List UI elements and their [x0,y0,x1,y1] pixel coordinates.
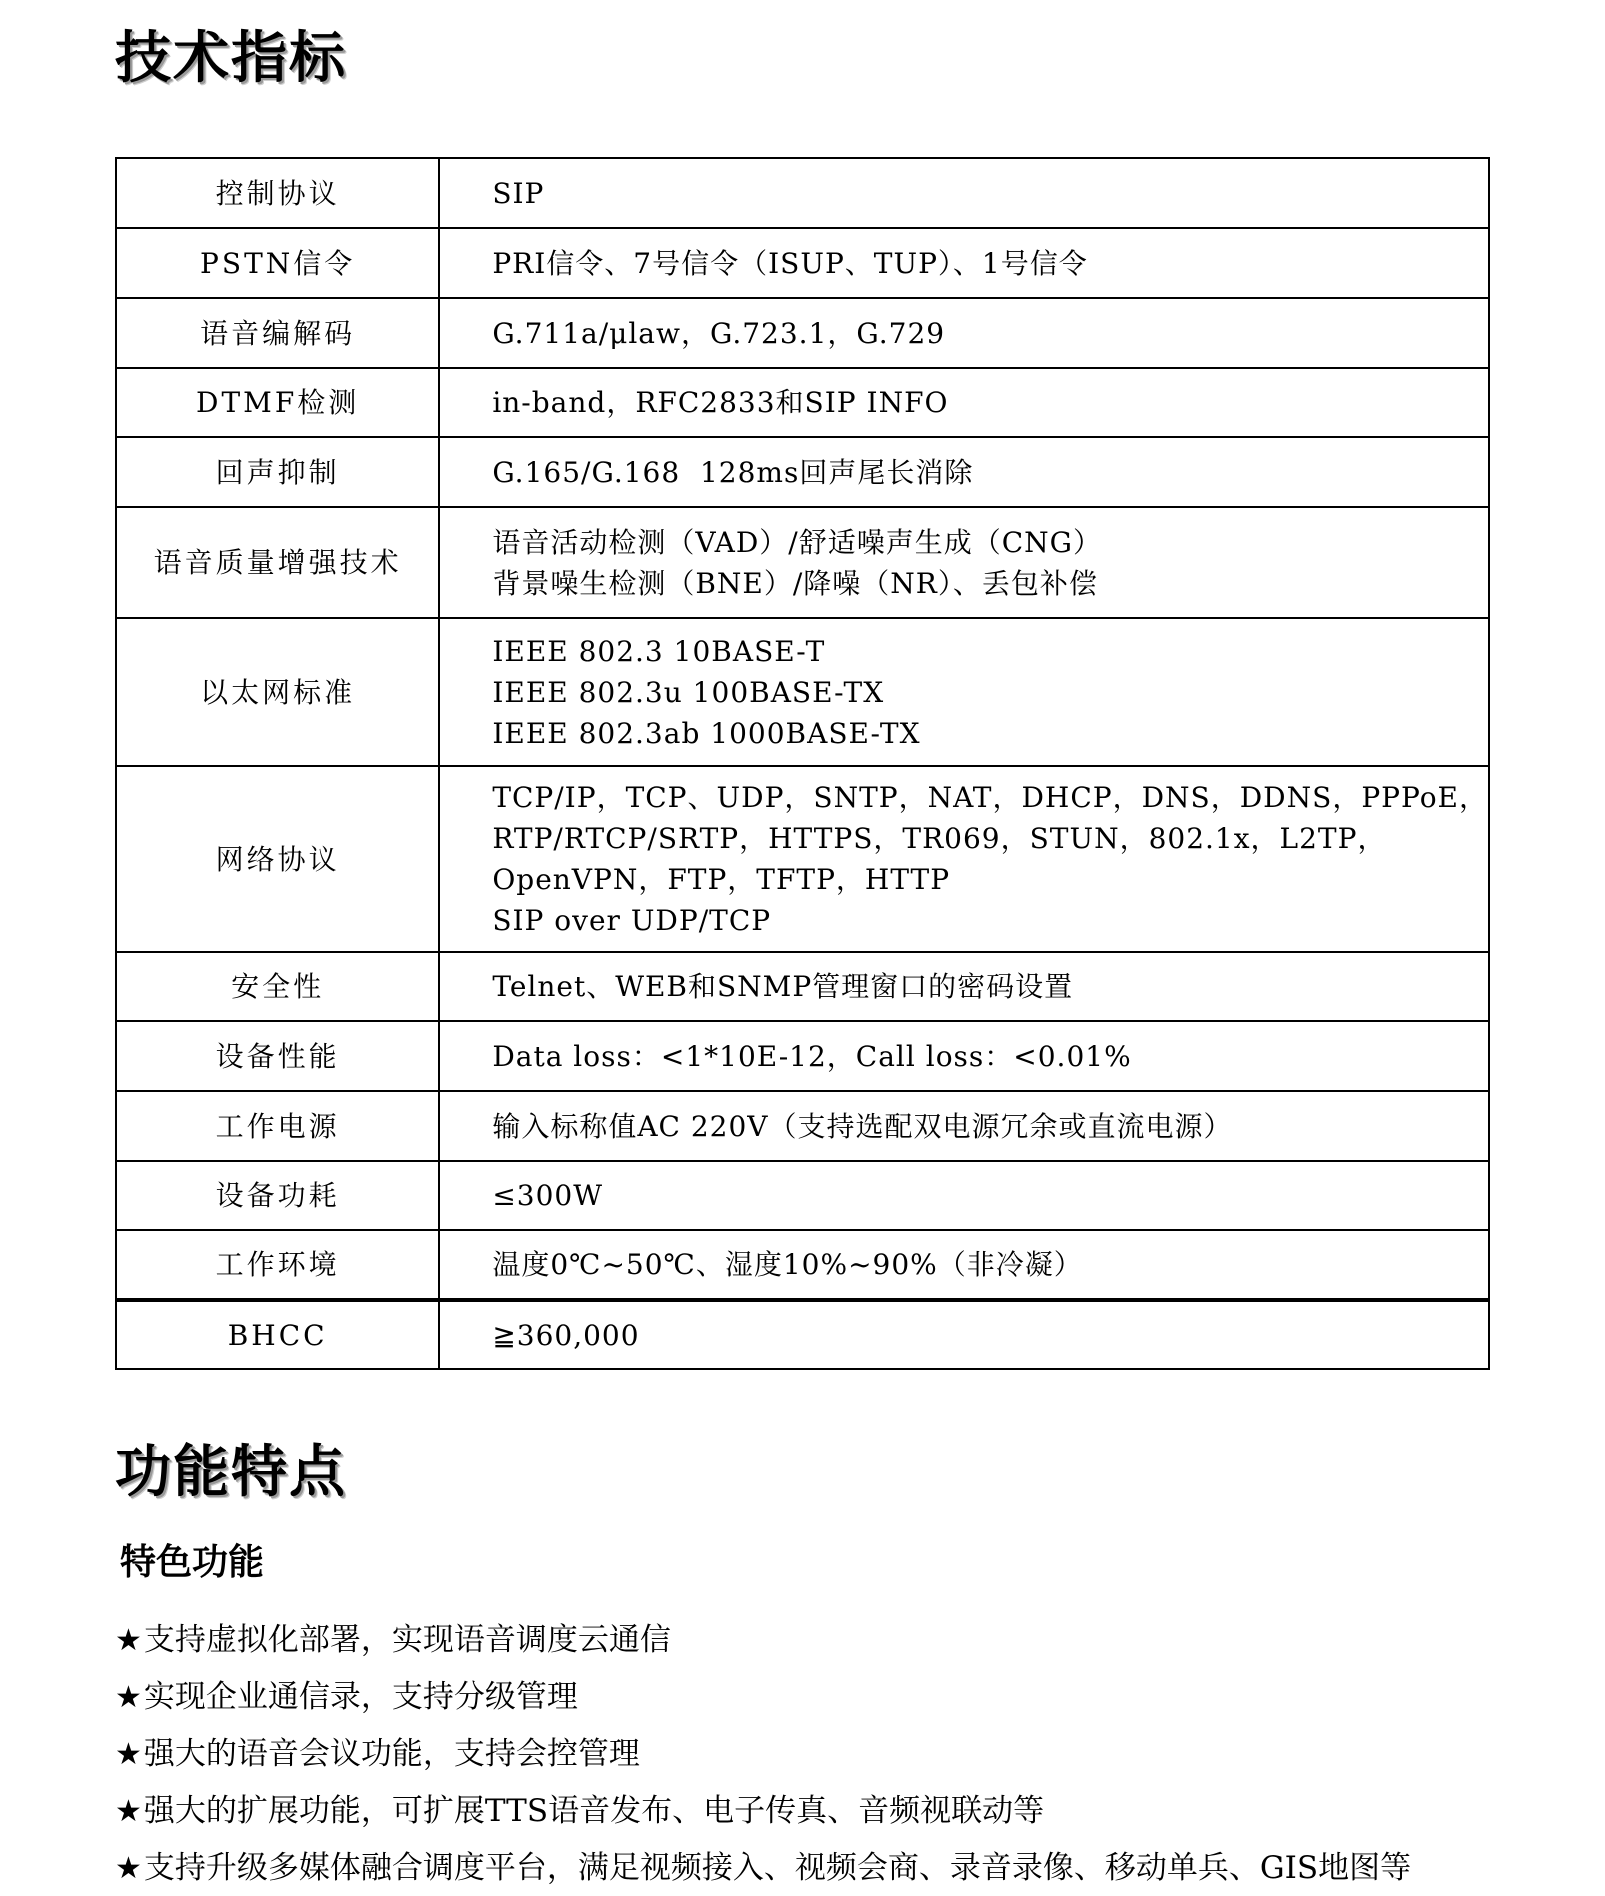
spec-value-line: 温度0℃~50℃、湿度10%~90%（非冷凝） [492,1244,1488,1285]
spec-value-line: SIP [492,173,1488,214]
table-row: 工作电源输入标称值AC 220V（支持选配双电源冗余或直流电源） [116,1091,1489,1161]
spec-value-line: ≧360,000 [492,1315,1488,1356]
table-row: 回声抑制G.165/G.168 128ms回声尾长消除 [116,437,1489,507]
spec-value: TCP/IP，TCP、UDP，SNTP，NAT，DHCP，DNS，DDNS，PP… [439,766,1489,952]
spec-key: 工作环境 [116,1230,439,1300]
features-subheading: 特色功能 [120,1534,264,1585]
spec-key: 网络协议 [116,766,439,952]
table-row: 设备性能Data loss：<1*10E-12，Call loss：<0.01% [116,1021,1489,1091]
spec-value-line: G.711a/μlaw，G.723.1，G.729 [492,313,1488,354]
spec-value-line: 背景噪生检测（BNE）/降噪（NR）、丢包补偿 [492,563,1488,604]
spec-value: 温度0℃~50℃、湿度10%~90%（非冷凝） [439,1230,1489,1300]
spec-value: Telnet、WEB和SNMP管理窗口的密码设置 [439,952,1489,1021]
star-icon: ★ [115,1680,142,1715]
feature-list: ★支持虚拟化部署，实现语音调度云通信★实现企业通信录，支持分级管理★强大的语音会… [115,1612,1411,1896]
list-item: ★支持升级多媒体融合调度平台，满足视频接入、视频会商、录音录像、移动单兵、GIS… [115,1840,1411,1896]
star-icon: ★ [115,1794,142,1829]
spec-value-line: TCP/IP，TCP、UDP，SNTP，NAT，DHCP，DNS，DDNS，PP… [492,777,1488,818]
spec-value-line: OpenVPN，FTP，TFTP，HTTP [492,859,1488,900]
spec-value: IEEE 802.3 10BASE-TIEEE 802.3u 100BASE-T… [439,618,1489,766]
spec-value-line: Data loss：<1*10E-12，Call loss：<0.01% [492,1036,1488,1077]
table-row: 安全性Telnet、WEB和SNMP管理窗口的密码设置 [116,952,1489,1021]
spec-value-line: PRI信令、7号信令（ISUP、TUP）、1号信令 [492,243,1488,284]
feature-text: 支持升级多媒体融合调度平台，满足视频接入、视频会商、录音录像、移动单兵、GIS地… [144,1850,1411,1886]
spec-value: ≧360,000 [439,1300,1489,1369]
spec-value: ≤300W [439,1161,1489,1230]
spec-value-line: Telnet、WEB和SNMP管理窗口的密码设置 [492,966,1488,1007]
spec-value-line: IEEE 802.3 10BASE-T [492,631,1488,672]
spec-value-line: 输入标称值AC 220V（支持选配双电源冗余或直流电源） [492,1106,1488,1147]
list-item: ★支持虚拟化部署，实现语音调度云通信 [115,1612,1411,1669]
spec-value-line: in-band，RFC2833和SIP INFO [492,382,1488,423]
spec-value: G.165/G.168 128ms回声尾长消除 [439,437,1489,507]
star-icon: ★ [115,1623,142,1658]
spec-value: G.711a/μlaw，G.723.1，G.729 [439,298,1489,368]
spec-key: DTMF检测 [116,368,439,437]
feature-text: 强大的扩展功能，可扩展TTS语音发布、电子传真、音频视联动等 [144,1793,1044,1829]
spec-value-line: IEEE 802.3ab 1000BASE-TX [492,713,1488,754]
list-item: ★强大的扩展功能，可扩展TTS语音发布、电子传真、音频视联动等 [115,1783,1411,1840]
spec-value: PRI信令、7号信令（ISUP、TUP）、1号信令 [439,228,1489,298]
spec-key: 语音质量增强技术 [116,507,439,618]
spec-value-line: IEEE 802.3u 100BASE-TX [492,672,1488,713]
table-row: 以太网标准IEEE 802.3 10BASE-TIEEE 802.3u 100B… [116,618,1489,766]
table-row: DTMF检测in-band，RFC2833和SIP INFO [116,368,1489,437]
spec-key: PSTN信令 [116,228,439,298]
spec-key: 控制协议 [116,158,439,228]
feature-text: 强大的语音会议功能，支持会控管理 [144,1736,640,1772]
spec-value-line: ≤300W [492,1175,1488,1216]
spec-table: 控制协议SIPPSTN信令PRI信令、7号信令（ISUP、TUP）、1号信令语音… [115,157,1490,1370]
spec-value-line: G.165/G.168 128ms回声尾长消除 [492,452,1488,493]
spec-key: 回声抑制 [116,437,439,507]
spec-key: 设备功耗 [116,1161,439,1230]
table-row: 工作环境温度0℃~50℃、湿度10%~90%（非冷凝） [116,1230,1489,1300]
star-icon: ★ [115,1851,142,1886]
spec-value: 语音活动检测（VAD）/舒适噪声生成（CNG）背景噪生检测（BNE）/降噪（NR… [439,507,1489,618]
table-row: 网络协议TCP/IP，TCP、UDP，SNTP，NAT，DHCP，DNS，DDN… [116,766,1489,952]
table-row: BHCC≧360,000 [116,1300,1489,1369]
table-row: 设备功耗≤300W [116,1161,1489,1230]
spec-key: 设备性能 [116,1021,439,1091]
spec-value: Data loss：<1*10E-12，Call loss：<0.01% [439,1021,1489,1091]
spec-key: BHCC [116,1300,439,1369]
specs-heading: 技术指标 [115,14,347,94]
feature-text: 支持虚拟化部署，实现语音调度云通信 [144,1622,671,1658]
feature-text: 实现企业通信录，支持分级管理 [144,1679,578,1715]
spec-key: 以太网标准 [116,618,439,766]
spec-value: 输入标称值AC 220V（支持选配双电源冗余或直流电源） [439,1091,1489,1161]
spec-value-line: RTP/RTCP/SRTP，HTTPS，TR069，STUN，802.1x，L2… [492,818,1488,859]
spec-value-line: 语音活动检测（VAD）/舒适噪声生成（CNG） [492,522,1488,563]
spec-value-line: SIP over UDP/TCP [492,900,1488,941]
star-icon: ★ [115,1737,142,1772]
features-heading: 功能特点 [115,1428,347,1508]
list-item: ★实现企业通信录，支持分级管理 [115,1669,1411,1726]
spec-key: 安全性 [116,952,439,1021]
list-item: ★强大的语音会议功能，支持会控管理 [115,1726,1411,1783]
table-row: 语音质量增强技术语音活动检测（VAD）/舒适噪声生成（CNG）背景噪生检测（BN… [116,507,1489,618]
spec-value: SIP [439,158,1489,228]
spec-key: 工作电源 [116,1091,439,1161]
spec-key: 语音编解码 [116,298,439,368]
table-row: 语音编解码G.711a/μlaw，G.723.1，G.729 [116,298,1489,368]
table-row: PSTN信令PRI信令、7号信令（ISUP、TUP）、1号信令 [116,228,1489,298]
spec-value: in-band，RFC2833和SIP INFO [439,368,1489,437]
table-row: 控制协议SIP [116,158,1489,228]
